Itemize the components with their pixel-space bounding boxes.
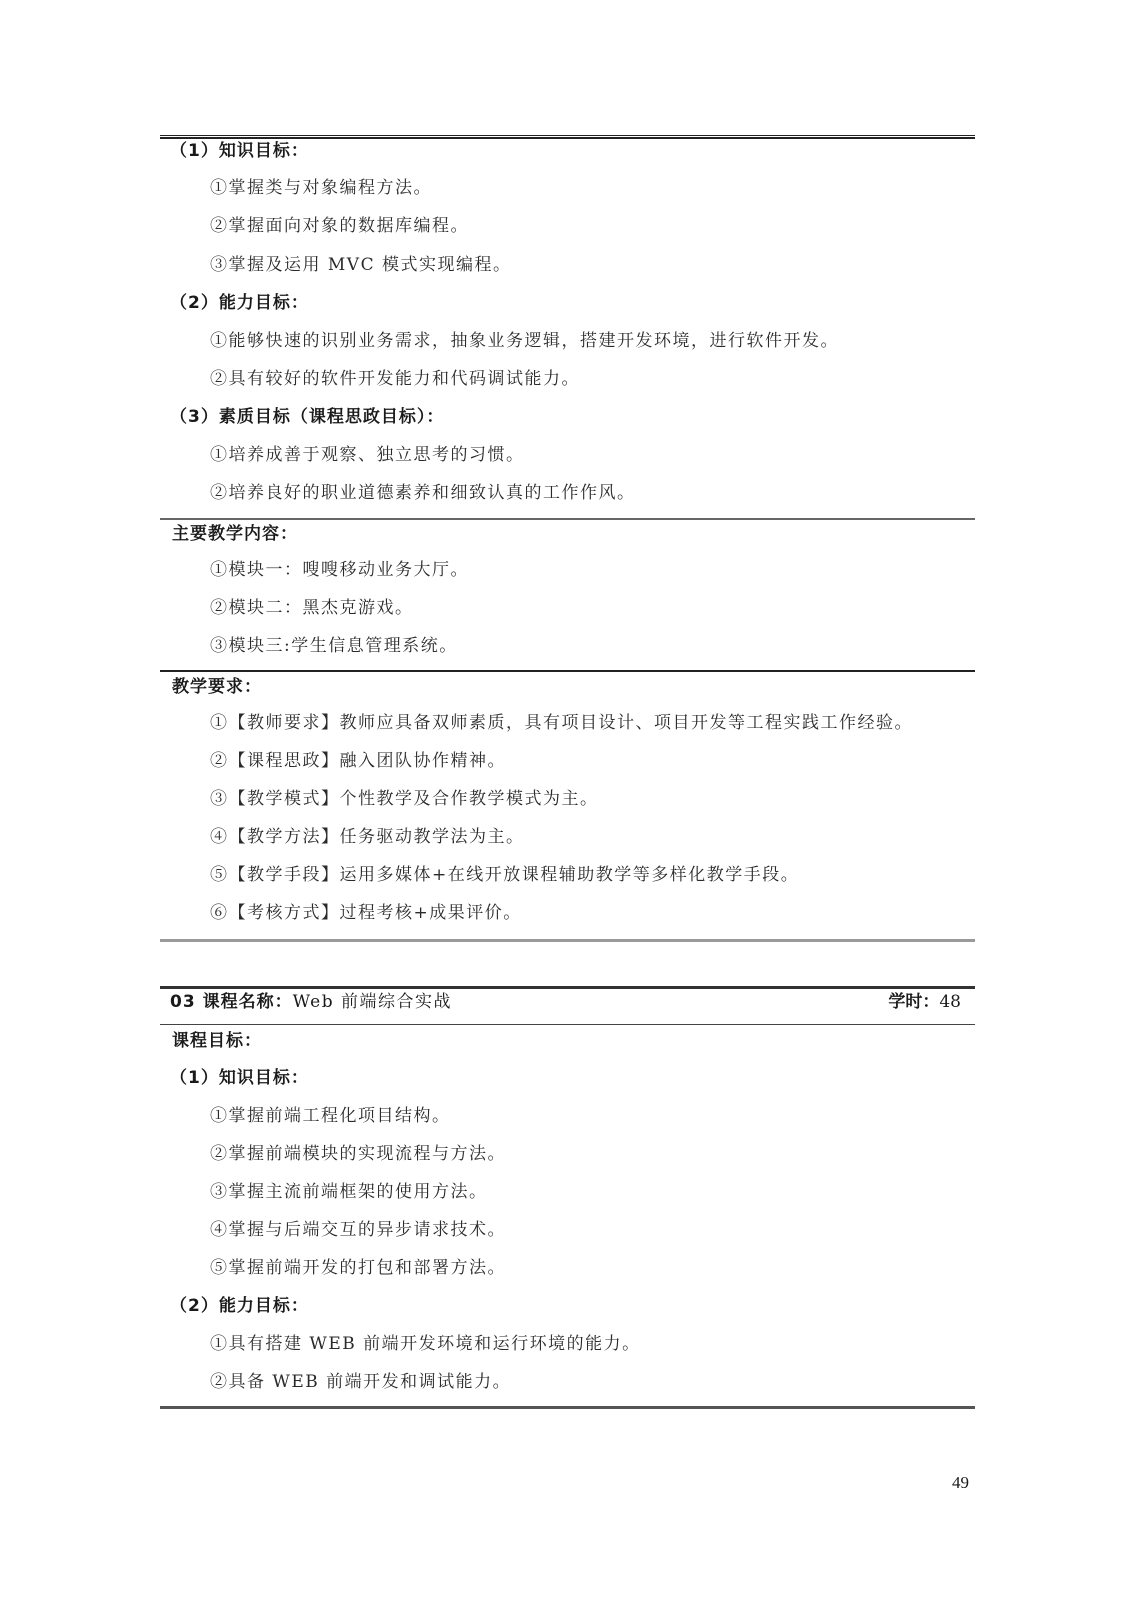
top-double-rule	[160, 135, 975, 139]
knowledge-goal-item: ⑤掌握前端开发的打包和部署方法。	[210, 1257, 506, 1279]
knowledge-goal-heading: （1）知识目标：	[170, 1067, 309, 1089]
quality-goal-heading: （3）素质目标（课程思政目标）：	[170, 406, 444, 428]
requirement-item: ⑥【考核方式】过程考核+成果评价。	[210, 902, 522, 924]
requirement-item: ①【教师要求】教师应具备双师素质，具有项目设计、项目开发等工程实践工作经验。	[210, 712, 913, 734]
requirements-heading: 教学要求：	[172, 676, 262, 698]
page-number: 49	[952, 1473, 969, 1493]
ability-goal-item: ①具有搭建 WEB 前端开发环境和运行环境的能力。	[210, 1333, 641, 1355]
course-hours: 学时：48	[888, 991, 961, 1013]
requirement-item: ⑤【教学手段】运用多媒体+在线开放课程辅助教学等多样化教学手段。	[210, 864, 799, 886]
quality-goal-item: ①培养成善于观察、独立思考的习惯。	[210, 444, 525, 466]
main-content-item: ③模块三:学生信息管理系统。	[210, 635, 458, 657]
course-name: Web 前端综合实战	[293, 992, 452, 1012]
knowledge-goal-item: ④掌握与后端交互的异步请求技术。	[210, 1219, 506, 1241]
section-divider	[160, 670, 975, 672]
knowledge-goal-item: ③掌握主流前端框架的使用方法。	[210, 1181, 488, 1203]
ability-goal-heading: （2）能力目标：	[170, 292, 309, 314]
knowledge-goal-item: ②掌握面向对象的数据库编程。	[210, 215, 469, 237]
course-name-label: 课程名称：	[203, 992, 293, 1012]
main-content-item: ①模块一：嗖嗖移动业务大厅。	[210, 559, 469, 581]
main-content-item: ②模块二：黑杰克游戏。	[210, 597, 414, 619]
knowledge-goal-item: ③掌握及运用 MVC 模式实现编程。	[210, 254, 512, 276]
hours-label: 学时：	[888, 992, 939, 1012]
knowledge-goal-heading: （1）知识目标：	[170, 140, 309, 162]
table-bottom-rule	[160, 939, 975, 942]
ability-goal-item: ①能够快速的识别业务需求，抽象业务逻辑，搭建开发环境，进行软件开发。	[210, 330, 839, 352]
knowledge-goal-item: ①掌握前端工程化项目结构。	[210, 1105, 451, 1127]
knowledge-goal-item: ①掌握类与对象编程方法。	[210, 177, 432, 199]
course-goals-heading: 课程目标：	[172, 1030, 262, 1052]
course-title-row: 03 课程名称：Web 前端综合实战	[170, 991, 452, 1013]
knowledge-goal-item: ②掌握前端模块的实现流程与方法。	[210, 1143, 506, 1165]
section-divider	[160, 518, 975, 520]
main-content-heading: 主要教学内容：	[172, 523, 298, 545]
document-page: （1）知识目标： ①掌握类与对象编程方法。 ②掌握面向对象的数据库编程。 ③掌握…	[0, 0, 1131, 1600]
ability-goal-item: ②具备 WEB 前端开发和调试能力。	[210, 1371, 511, 1393]
course-number: 03	[170, 992, 196, 1012]
ability-goal-item: ②具有较好的软件开发能力和代码调试能力。	[210, 368, 580, 390]
hours-value: 48	[939, 992, 961, 1012]
table-bottom-rule	[160, 1406, 975, 1409]
quality-goal-item: ②培养良好的职业道德素养和细致认真的工作作风。	[210, 482, 636, 504]
section-divider	[160, 1024, 975, 1025]
course-table-top-rule	[160, 986, 975, 989]
requirement-item: ④【教学方法】任务驱动教学法为主。	[210, 826, 525, 848]
ability-goal-heading: （2）能力目标：	[170, 1295, 309, 1317]
requirement-item: ③【教学模式】个性教学及合作教学模式为主。	[210, 788, 599, 810]
requirement-item: ②【课程思政】融入团队协作精神。	[210, 750, 506, 772]
